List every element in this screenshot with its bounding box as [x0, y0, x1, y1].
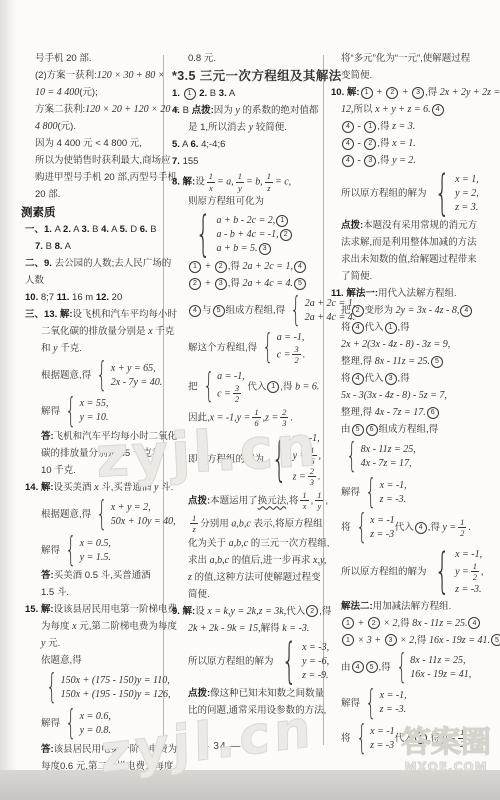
- fraction-denominator: z: [267, 183, 270, 193]
- equation-row: y = 10.: [80, 411, 109, 424]
- text-run: A: [63, 241, 71, 252]
- math-run: 5x - 3(3x - 4z - 8) - 5z = 7,: [341, 390, 447, 401]
- text-run: 和: [41, 343, 53, 354]
- text-line: y 元.: [25, 637, 163, 651]
- equation-row: x = -1,: [293, 432, 321, 445]
- math-run: x = -3,: [302, 642, 329, 653]
- text-run: ,: [311, 495, 314, 506]
- math-run: x = -1,: [380, 480, 407, 491]
- math-run: 8x - 11z = 25,: [410, 655, 465, 666]
- text-run: ,得: [377, 155, 392, 166]
- fraction-denominator: 6: [310, 456, 314, 466]
- brace-icon: {: [434, 172, 449, 215]
- math-run: x + y + z = 6.: [375, 104, 431, 115]
- text-line: 变简便.: [331, 69, 497, 83]
- math-run: 2y = 3x - 4z - 8,: [396, 305, 460, 316]
- text-run: (元).: [58, 121, 76, 132]
- equation-rows: x = -1,z = -3.: [380, 689, 407, 716]
- brace-icon: {: [272, 438, 287, 481]
- text-run: 解得: [41, 405, 60, 416]
- math-run: z = -3: [370, 740, 394, 751]
- text-run: 155: [180, 156, 199, 167]
- text-run: 根据题意,得: [41, 509, 91, 520]
- text-line: 11. 解法一:用代入法解方程组.: [331, 287, 497, 301]
- text-line: 人数: [25, 274, 163, 288]
- math-run: y = 0.8.: [80, 725, 111, 736]
- text-line: 二氧化碳的排放量分别是 x 千克: [25, 325, 163, 339]
- text-line: 答:飞机和汽车平均每小时二氧化: [25, 430, 163, 444]
- text-line: 10 = 4 400(元);: [25, 86, 163, 100]
- math-run: 120 × 20 + 120 × 20 =: [85, 104, 180, 115]
- math-run: ,z =: [263, 412, 279, 423]
- brace-icon: {: [46, 672, 57, 703]
- math-run: -: [355, 138, 363, 149]
- math-run: .: [303, 349, 306, 360]
- text-run: 每度0.6 元,第二阶梯电费为每度: [41, 761, 174, 772]
- equation-system: {x = -1z = -3: [351, 512, 395, 543]
- text-run: 把: [188, 381, 198, 392]
- equation-row: x = -1,: [380, 479, 407, 492]
- text-line: 8. 解:设1x= a,1y= b,1z= c,: [172, 172, 322, 192]
- math-run: 2k + 2k - 9k = 15,: [188, 623, 261, 634]
- circled-number: 6: [366, 424, 378, 436]
- text-run: 去公园的人数;去人民广场的: [52, 258, 171, 269]
- text-run: 因为 4 400 元 < 4 800 元,: [35, 138, 142, 149]
- text-line: 解得{x = 55,y = 10.: [25, 395, 163, 428]
- bold-label: 10. 解:: [331, 87, 360, 98]
- equation-row: x + y = 65,: [111, 362, 162, 375]
- text-line: 所以原方程组的解为{x = -1,y =12,z = -3.: [331, 547, 497, 597]
- equation-rows: x = 0.6,y = 0.8.: [80, 710, 111, 737]
- math-run: 4x - 7z = 17.: [375, 407, 426, 418]
- text-line: {a + b - 2c = 2,1a - b + 4c = -1,2a + b …: [172, 212, 322, 257]
- page-number: — 34 —: [185, 741, 255, 752]
- equation-row: z = -3.: [380, 703, 407, 716]
- math-run: z = -9.: [302, 670, 328, 681]
- math-run: x = -1,: [293, 433, 320, 444]
- equation-row: x = 0.6,: [80, 710, 111, 723]
- bold-label: 7.: [35, 241, 43, 252]
- fraction-denominator: 2: [473, 572, 477, 582]
- equation-row: x = -1: [370, 725, 395, 738]
- text-line: 4 - 1,得 z = 3.: [331, 120, 497, 134]
- bold-label: 一、1.: [25, 224, 52, 235]
- circled-number: 1: [189, 261, 201, 273]
- text-run: 1.5 斗.: [41, 587, 69, 598]
- brace-icon: {: [365, 477, 376, 508]
- circled-number: 4: [460, 305, 472, 317]
- text-run: A: [227, 88, 235, 99]
- equation-rows: x = -1,z = -3.: [380, 479, 407, 506]
- bold-label: 9. 解:: [172, 606, 195, 617]
- circled-number: 1: [364, 121, 376, 133]
- text-line: 由45,得{8x - 11z = 25,16x - 19z = 41,: [331, 651, 497, 684]
- text-run: 0.8 元.: [188, 53, 216, 64]
- brace-icon: {: [346, 441, 357, 472]
- fraction-denominator: 2: [235, 394, 239, 404]
- fraction: 1y: [236, 172, 244, 192]
- text-line: 12,所以 x + y + z = 6.4: [331, 103, 497, 117]
- brace-icon: {: [97, 499, 108, 530]
- text-run: ,得: [377, 121, 392, 132]
- text-run: 本题没有采用常规的消元方: [363, 220, 477, 231]
- text-line: 三、13. 解:设飞机和汽车平均每小时: [25, 308, 163, 322]
- circled-number: 1: [276, 215, 288, 227]
- text-run: 像这种已知未知数之间数量: [210, 688, 324, 699]
- bold-label: 三、13. 解:: [25, 309, 73, 320]
- text-run: 将“多元”化为“一元”,使解题过程: [341, 53, 470, 64]
- equation-row: a = -1,: [277, 331, 305, 344]
- math-run: x = 0.5,: [80, 538, 111, 549]
- text-line: 为每度 x 元,第二阶梯电费为每度: [25, 620, 163, 634]
- text-line: 将{x = -1z = -3代入4,得 y =12.: [331, 511, 497, 544]
- equation-system: {150x + (175 - 150)y = 110,150x + (195 -…: [41, 672, 171, 703]
- text-run: ,得: [428, 522, 443, 533]
- fraction: 1z: [265, 172, 273, 192]
- math-run: y =: [442, 733, 456, 744]
- math-run: 2x + 2(3x - 4z - 8) - 3z = 9,: [341, 339, 450, 350]
- text-run: 解得: [341, 487, 360, 498]
- equation-system: {x = 0.6,y = 0.8.: [60, 708, 111, 739]
- text-line: {8x - 11z = 25,4x - 7z = 17,: [331, 440, 497, 473]
- math-run: x = 1,: [455, 174, 479, 185]
- equation-row: z = 3.: [455, 201, 479, 214]
- math-run: y = -6,: [302, 656, 329, 667]
- brace-icon: {: [65, 708, 76, 739]
- text-run: 因此,: [188, 412, 210, 423]
- text-line: 解得{x = -1,z = -3.: [331, 687, 497, 720]
- brace-icon: {: [291, 295, 302, 326]
- text-line: 10 千克.: [25, 464, 163, 478]
- math-run: z = -3.: [380, 704, 406, 715]
- text-line: 整理,得 8x - 11z = 25.5: [331, 355, 497, 369]
- bold-label: 点拨:: [341, 220, 363, 231]
- math-run: 150x + (175 - 150)y = 110,: [61, 675, 170, 686]
- text-run: B: [43, 241, 55, 252]
- equation-system: {8x - 11z = 25,16x - 19z = 41,: [391, 652, 472, 683]
- text-run: (元);: [79, 87, 97, 98]
- text-line: 化为关于 a,b,c 的三元一次方程组,: [172, 537, 322, 551]
- circled-number: 4: [415, 522, 427, 534]
- text-run: 元.: [45, 638, 60, 649]
- text-run: 代入: [365, 373, 384, 384]
- fraction-denominator: x: [303, 501, 307, 511]
- text-line: 答:该县居民用电第一阶梯电费为: [25, 743, 163, 757]
- math-run: 4 800: [35, 121, 58, 132]
- text-run: *3.5 三元一次方程组及其解法: [172, 69, 342, 83]
- text-run: ,得: [228, 278, 243, 289]
- text-line: 把2变形为 2y = 3x - 4z - 8,4: [331, 304, 497, 318]
- equation-row: y = -6,: [302, 655, 329, 668]
- equation-row: 8x - 11z = 25,: [361, 443, 416, 456]
- text-line: 将4代入3,得: [331, 372, 497, 386]
- math-run: a + b = 5.: [217, 243, 258, 254]
- bold-label: 14. 解:: [25, 482, 54, 493]
- math-run: +: [202, 261, 214, 272]
- text-run: ,将: [286, 495, 298, 506]
- text-run: 本题运用了: [210, 495, 258, 506]
- bold-label: 11.: [57, 292, 70, 303]
- text-run: 4;-4;6: [198, 139, 225, 150]
- equation-row: 4x - 7z = 17,: [361, 457, 416, 470]
- fraction-numerator: 1: [300, 491, 308, 502]
- math-run: 50x + 10y = 40,: [111, 516, 176, 527]
- text-run: 即原方程组的解为: [188, 454, 264, 465]
- text-run: ,得: [280, 381, 295, 392]
- fraction-numerator: 1: [308, 446, 316, 457]
- text-run: 代入: [395, 733, 414, 744]
- circled-number: 3: [215, 278, 227, 290]
- text-run: 设: [195, 177, 205, 188]
- brace-icon: {: [356, 512, 367, 543]
- fraction-numerator: 2: [280, 408, 288, 419]
- equation-row: 8x - 11z = 25,: [410, 654, 471, 667]
- fraction: 1z: [190, 514, 198, 534]
- text-run: B: [207, 88, 219, 99]
- circled-number: 4: [189, 305, 201, 317]
- math-run: 12,: [341, 104, 354, 115]
- equation-row: x = 55,: [80, 397, 109, 410]
- math-run: × 2: [381, 618, 398, 629]
- equation-rows: 8x - 11z = 25,4x - 7z = 17,: [361, 443, 416, 470]
- math-run: x = -1,: [380, 690, 407, 701]
- text-line: 所以为使销售时获利最大,商场应: [25, 154, 163, 168]
- equation-row: 16x - 19z = 41,: [410, 668, 471, 681]
- fraction-numerator: 1: [471, 562, 479, 573]
- text-run: 求出未知数的值,给解题过程带来: [341, 254, 477, 265]
- fraction-denominator: 6: [254, 418, 258, 428]
- text-run: 设飞机和汽车平均每小时: [73, 309, 178, 320]
- bold-label: 11. 解法一:: [331, 288, 378, 299]
- math-run: x = -1: [370, 515, 395, 526]
- equation-row: x = 0.5,: [80, 537, 111, 550]
- math-run: x + y = 65,: [111, 363, 156, 374]
- math-run: 150x + (195 - 150)y = 126,: [61, 689, 171, 700]
- math-run: .: [318, 471, 321, 482]
- fraction-denominator: z: [192, 524, 195, 534]
- bold-label: 5.: [172, 139, 180, 150]
- math-run: × 2: [398, 635, 415, 646]
- fraction-numerator: 3: [292, 345, 300, 356]
- circled-number: 1: [415, 732, 427, 744]
- text-run: ,得: [398, 322, 410, 333]
- fraction: 32: [233, 384, 241, 404]
- fraction: 23: [280, 408, 288, 428]
- brace-icon: {: [263, 332, 274, 363]
- fraction: 1y: [315, 491, 323, 511]
- equation-row: a = -1,: [217, 370, 245, 383]
- math-run: -: [355, 155, 363, 166]
- brace-icon: {: [356, 723, 367, 754]
- brace-icon: {: [365, 688, 376, 719]
- equation-row: x + y = 2,: [111, 501, 176, 514]
- text-run: 千克: [153, 326, 175, 337]
- text-run: 所以原方程组的解为: [341, 188, 427, 199]
- fraction: 1x: [207, 172, 215, 192]
- equation-row: y = 0.8.: [80, 724, 111, 737]
- text-line: 7. B 8. A: [25, 240, 163, 254]
- math-run: z = -3.: [380, 494, 406, 505]
- math-run: x + y = 2,: [111, 502, 151, 513]
- math-run: y = 2,: [455, 188, 479, 199]
- equation-system: {x = -1,y =16,z =23.: [264, 432, 321, 487]
- text-line: 4 800(元).: [25, 120, 163, 134]
- text-run: D: [128, 224, 140, 235]
- math-run: y =: [455, 566, 469, 577]
- text-run: 化为关于: [188, 538, 229, 549]
- math-run: +: [355, 618, 367, 629]
- text-line: 依题意,得: [25, 654, 163, 668]
- text-run: 表示,将原方程组: [251, 518, 323, 529]
- equation-rows: x = 0.5,y = 1.5.: [80, 537, 111, 564]
- text-run: A: [52, 224, 63, 235]
- text-line: 5. A 6. 4;-4;6: [172, 138, 322, 152]
- circled-number: 4: [352, 322, 364, 334]
- math-run: x = k,y = 2k,z = 3k,: [207, 606, 286, 617]
- fraction-denominator: y: [238, 183, 242, 193]
- math-run: y = 1.5.: [80, 552, 111, 563]
- text-line: 10. 解:1 + 2 + 3,得 2x + 2y + 2z =: [331, 86, 497, 100]
- bold-label: 2.: [199, 88, 207, 99]
- equation-row: 150x + (175 - 150)y = 110,: [61, 674, 171, 687]
- bold-label: 答:: [41, 570, 54, 581]
- equation-system: {x = 1,y = 2,z = 3.: [427, 172, 479, 215]
- circled-number: 2: [189, 278, 201, 290]
- equation-row: y =12,: [455, 562, 483, 582]
- equation-row: x = 1,: [455, 173, 479, 186]
- circled-number: 1: [342, 634, 354, 646]
- equation-system: {8x - 11z = 25,4x - 7z = 17,: [341, 441, 416, 472]
- bold-label: 点拨:: [192, 105, 214, 116]
- math-run: y = 2.: [392, 155, 416, 166]
- equation-system: {a + b - 2c = 2,1a - b + 4c = -1,2a + b …: [188, 213, 293, 256]
- math-run: x = -1: [370, 726, 395, 737]
- text-run: 组成方程组,得: [379, 424, 439, 435]
- equation-row: z =23.: [293, 467, 321, 487]
- equation-rows: x + y = 65,2x - 7y = 40.: [111, 362, 162, 389]
- text-run: ,得: [428, 733, 443, 744]
- text-line: 20 部.: [25, 188, 163, 202]
- circled-number: 1: [361, 87, 373, 99]
- text-run: 所以原方程组的解为: [188, 656, 274, 667]
- math-run: x = 0.6,: [80, 711, 111, 722]
- circled-number: 4: [468, 617, 480, 629]
- text-run: 的三元一次方程组,: [248, 538, 329, 549]
- text-line: 将{x = -1z = -3代入1,得 y =12.: [331, 722, 497, 755]
- math-run: .: [468, 522, 471, 533]
- math-run: a,b,c: [231, 518, 250, 529]
- math-run: +: [374, 87, 386, 98]
- circled-number: 2: [352, 305, 364, 317]
- text-line: 1z分别用 a,b,c 表示,将原方程组: [172, 514, 322, 534]
- equation-rows: x = 1,y = 2,z = 3.: [455, 173, 479, 214]
- equation-row: x = -3,: [302, 641, 329, 654]
- math-run: 16x - 19z = 41.: [429, 635, 490, 646]
- text-run: A: [180, 139, 191, 150]
- math-run: c =: [277, 349, 291, 360]
- fraction-numerator: 1: [458, 518, 466, 529]
- math-run: .: [468, 733, 471, 744]
- text-run: 组成方程组,得: [226, 305, 286, 316]
- text-line: 点拨:本题运用了换元法,将1x,1y,: [172, 491, 322, 511]
- math-run: a + b - 2c = 2,: [217, 215, 276, 226]
- circled-number: 3: [385, 634, 397, 646]
- equation-system: {x = 55,y = 10.: [60, 396, 108, 427]
- text-line: 比的问题,通常采用设参数的方法,: [172, 704, 322, 718]
- text-line: 解这个方程组,得{a = -1,c =32.: [172, 330, 322, 366]
- text-line: 14. 解:设买美酒 x 斗,买普通酒 y 斗.: [25, 481, 163, 495]
- text-line: 4 - 3,得 y = 2.: [331, 154, 497, 168]
- text-run: 碳的排放量分别是 55 千克和: [41, 448, 161, 459]
- equation-row: x = -1,: [455, 548, 483, 561]
- text-run: ,得: [379, 662, 391, 673]
- text-line: 根据题意,得{x + y = 2,50x + 10y = 40,: [25, 498, 163, 531]
- text-run: 的系数的绝对值都: [240, 105, 319, 116]
- math-run: = a,: [217, 177, 234, 188]
- text-line: 2x + 2(3x - 4z - 8) - 3z = 9,: [331, 338, 497, 352]
- math-run: ,: [481, 566, 484, 577]
- fraction: 32: [292, 345, 300, 365]
- fraction-denominator: 3: [310, 477, 314, 487]
- equation-row: 150x + (195 - 150)y = 126,: [61, 688, 171, 701]
- answer-column-left: 号手机 20 部.(2)方案一获利:120 × 30 + 80 ×10 = 4 …: [25, 52, 163, 777]
- circled-number: 6: [427, 407, 439, 419]
- text-run: 号手机 20 部.: [35, 53, 92, 64]
- text-line: 1. 1 2. B 3. A: [172, 87, 322, 101]
- bold-label: 点拨:: [188, 495, 210, 506]
- text-run: 的值,这种方法可使解题过程变: [192, 572, 321, 583]
- text-run: ,得: [425, 87, 440, 98]
- equation-system: {a = -1,c =32.: [257, 331, 305, 365]
- text-run: 的值后,进一步再求: [229, 555, 313, 566]
- math-run: y =: [442, 522, 456, 533]
- math-run: z = 3.: [392, 121, 415, 132]
- brace-icon: {: [203, 371, 214, 402]
- text-run: 将: [341, 373, 351, 384]
- text-run: 解得: [41, 718, 60, 729]
- fraction-numerator: 3: [233, 384, 241, 395]
- text-run: 解得: [41, 545, 60, 556]
- text-run: 整理,得: [341, 407, 375, 418]
- text-run: (2)方案一获利:: [35, 70, 97, 81]
- text-line: 整理,得 4x - 7z = 17.6: [331, 406, 497, 420]
- bold-label: 2.: [63, 224, 71, 235]
- circled-number: 1: [385, 322, 397, 334]
- text-run: 用加减法解方程组.: [373, 601, 452, 612]
- equation-row: x = -1,: [380, 689, 407, 702]
- math-run: = b,: [246, 177, 263, 188]
- equation-row: 50x + 10y = 40,: [111, 515, 176, 528]
- text-line: 方案二获利:120 × 20 + 120 × 20 =: [25, 103, 163, 117]
- text-line: 是 1,所以消去 y 较简便.: [172, 121, 322, 135]
- fraction-numerator: 1: [265, 172, 273, 183]
- text-run: 解这个方程组,得: [188, 342, 257, 353]
- fraction: 12: [458, 728, 466, 748]
- bold-label: 1.: [172, 88, 180, 99]
- text-run: 代入: [395, 522, 414, 533]
- text-line: 2 + 3,得 2a + 4c = 4.5: [172, 277, 322, 291]
- math-run: a = -1,: [217, 371, 245, 382]
- bold-label: 4.: [101, 224, 109, 235]
- math-run: ,: [319, 450, 322, 461]
- text-run: 分别用: [200, 518, 231, 529]
- answer-column-right: 将“多元”化为“一元”,使解题过程变简便.10. 解:1 + 2 + 3,得 2…: [331, 52, 497, 758]
- text-run: 了简便.: [341, 271, 372, 282]
- brace-icon: {: [281, 640, 296, 683]
- equation-row: a + b = 5.3: [217, 242, 293, 255]
- text-run: 法求解,而是利用整体加减的方法: [341, 237, 477, 248]
- text-line: 把{a = -1,c =32 代入1,得 b = 6.: [172, 369, 322, 405]
